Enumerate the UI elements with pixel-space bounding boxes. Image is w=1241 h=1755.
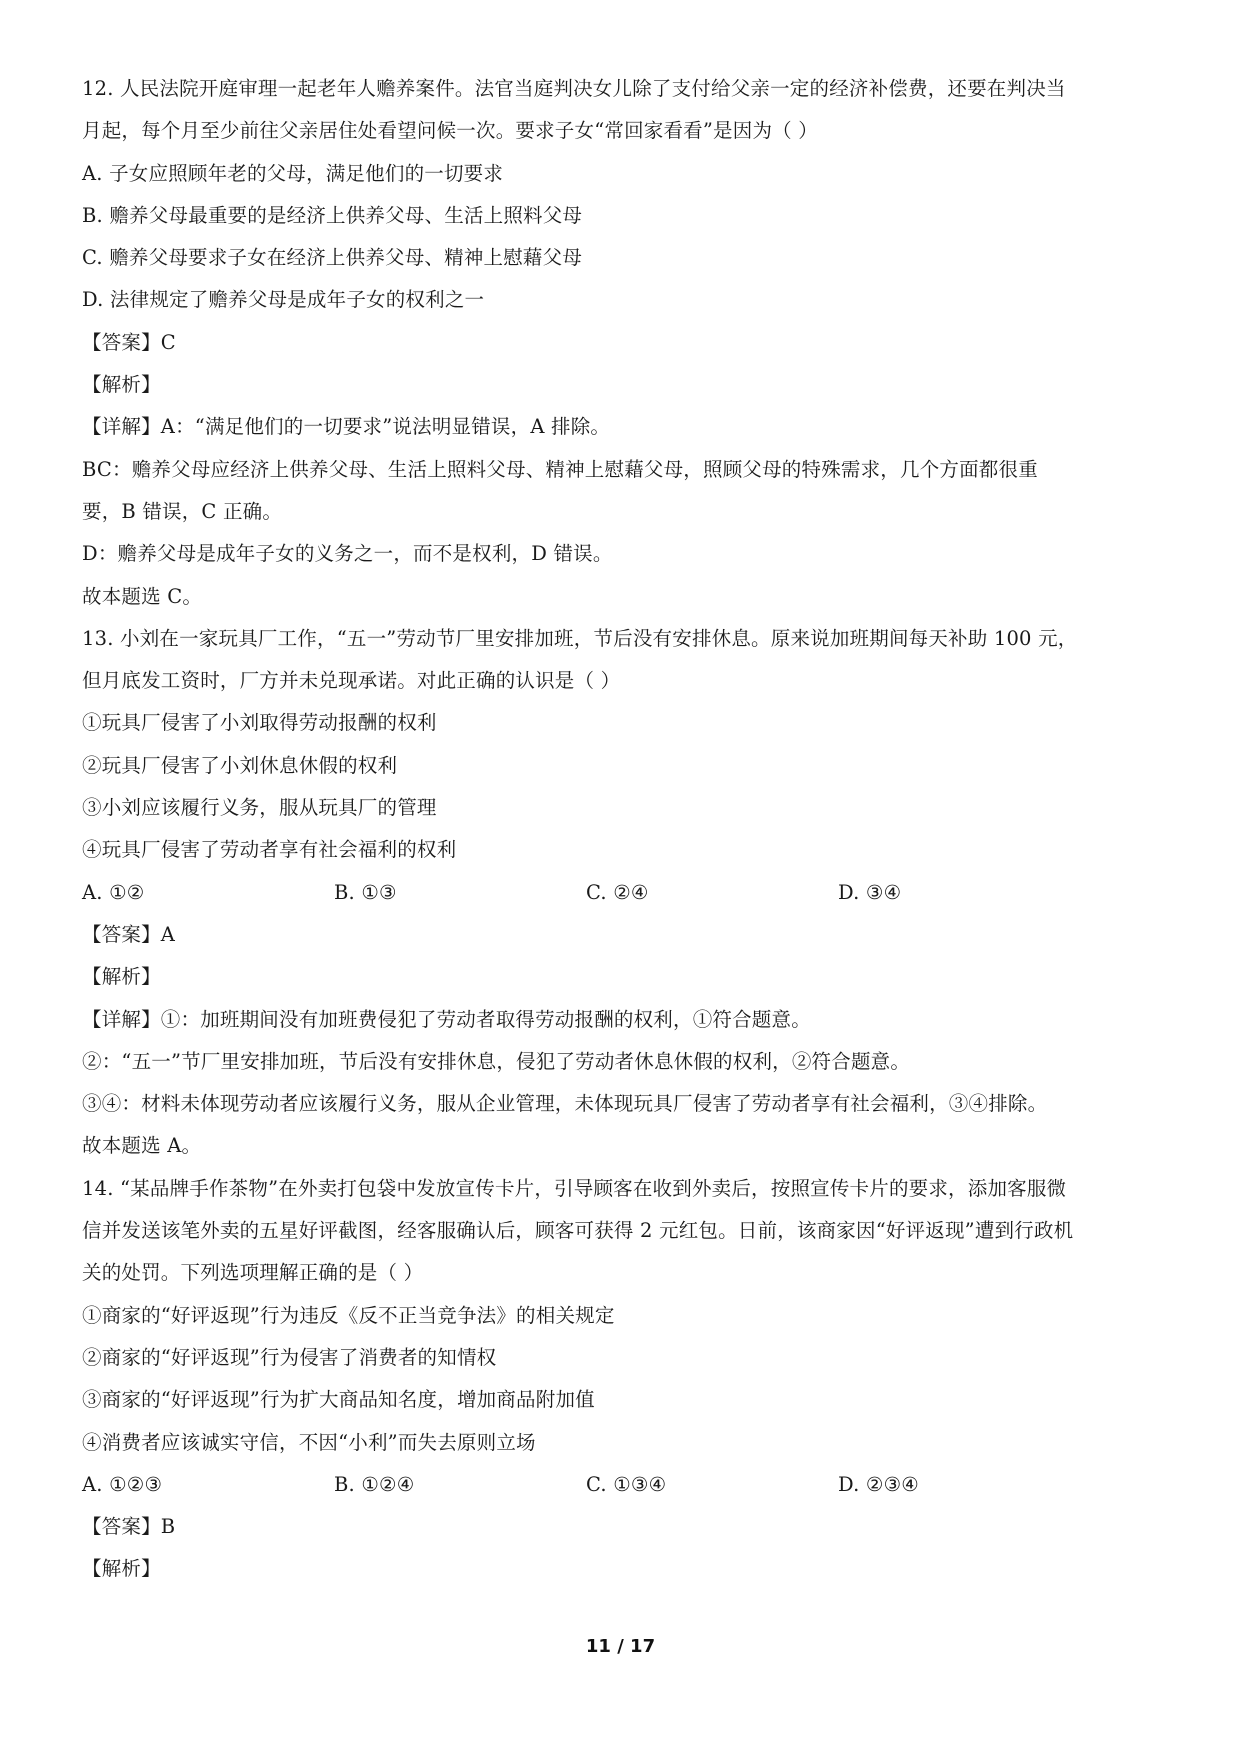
question-12: 12. 人民法院开庭审理一起老年人赡养案件。法官当庭判决女儿除了支付给父亲一定的… (82, 68, 1162, 618)
statement-2: ②商家的“好评返现”行为侵害了消费者的知情权 (82, 1337, 1162, 1379)
question-stem: 12. 人民法院开庭审理一起老年人赡养案件。法官当庭判决女儿除了支付给父亲一定的… (82, 68, 1162, 110)
answer-label: 【答案】A (82, 914, 1162, 956)
option-c: C. 赡养父母要求子女在经济上供养父母、精神上慰藉父母 (82, 237, 1162, 279)
option-b: B. 赡养父母最重要的是经济上供养父母、生活上照料父母 (82, 195, 1162, 237)
analysis-label: 【解析】 (82, 1548, 1162, 1590)
statement-1: ①玩具厂侵害了小刘取得劳动报酬的权利 (82, 702, 1162, 744)
detail-line: 【详解】①：加班期间没有加班费侵犯了劳动者取得劳动报酬的权利，①符合题意。 (82, 999, 1162, 1041)
choice-d: D. ②③④ (838, 1464, 1090, 1506)
choice-c: C. ②④ (586, 872, 838, 914)
question-stem: 但月底发工资时，厂方并未兑现承诺。对此正确的认识是（ ） (82, 660, 1162, 702)
question-stem: 信并发送该笔外卖的五星好评截图，经客服确认后，顾客可获得 2 元红包。日前，该商… (82, 1210, 1162, 1252)
statement-3: ③商家的“好评返现”行为扩大商品知名度，增加商品附加值 (82, 1379, 1162, 1421)
detail-line: BC：赡养父母应经济上供养父母、生活上照料父母、精神上慰藉父母，照顾父母的特殊需… (82, 449, 1162, 491)
choice-a: A. ①② (82, 872, 334, 914)
choice-row: A. ①② B. ①③ C. ②④ D. ③④ (82, 872, 1162, 914)
detail-conclusion: 故本题选 A。 (82, 1125, 1162, 1167)
analysis-label: 【解析】 (82, 364, 1162, 406)
page-number: 11 / 17 (0, 1636, 1241, 1657)
option-a: A. 子女应照顾年老的父母，满足他们的一切要求 (82, 153, 1162, 195)
statement-3: ③小刘应该履行义务，服从玩具厂的管理 (82, 787, 1162, 829)
question-13: 13. 小刘在一家玩具厂工作，“五一”劳动节厂里安排加班，节后没有安排休息。原来… (82, 618, 1162, 1168)
statement-4: ④玩具厂侵害了劳动者享有社会福利的权利 (82, 829, 1162, 871)
statement-4: ④消费者应该诚实守信，不因“小利”而失去原则立场 (82, 1422, 1162, 1464)
option-d: D. 法律规定了赡养父母是成年子女的权利之一 (82, 279, 1162, 321)
detail-line: ③④：材料未体现劳动者应该履行义务，服从企业管理，未体现玩具厂侵害了劳动者享有社… (82, 1083, 1162, 1125)
question-stem: 14. “某品牌手作茶物”在外卖打包袋中发放宣传卡片，引导顾客在收到外卖后，按照… (82, 1168, 1162, 1210)
question-stem: 关的处罚。下列选项理解正确的是（ ） (82, 1252, 1162, 1294)
choice-c: C. ①③④ (586, 1464, 838, 1506)
question-stem: 13. 小刘在一家玩具厂工作，“五一”劳动节厂里安排加班，节后没有安排休息。原来… (82, 618, 1162, 660)
document-page: 12. 人民法院开庭审理一起老年人赡养案件。法官当庭判决女儿除了支付给父亲一定的… (82, 68, 1162, 1591)
detail-line: D：赡养父母是成年子女的义务之一，而不是权利，D 错误。 (82, 533, 1162, 575)
detail-line: ②：“五一”节厂里安排加班，节后没有安排休息，侵犯了劳动者休息休假的权利，②符合… (82, 1041, 1162, 1083)
question-14: 14. “某品牌手作茶物”在外卖打包袋中发放宣传卡片，引导顾客在收到外卖后，按照… (82, 1168, 1162, 1591)
choice-b: B. ①②④ (334, 1464, 586, 1506)
detail-line: 【详解】A：“满足他们的一切要求”说法明显错误，A 排除。 (82, 406, 1162, 448)
detail-conclusion: 故本题选 C。 (82, 576, 1162, 618)
question-stem: 月起，每个月至少前往父亲居住处看望问候一次。要求子女“常回家看看”是因为（ ） (82, 110, 1162, 152)
statement-2: ②玩具厂侵害了小刘休息休假的权利 (82, 745, 1162, 787)
answer-label: 【答案】C (82, 322, 1162, 364)
choice-row: A. ①②③ B. ①②④ C. ①③④ D. ②③④ (82, 1464, 1162, 1506)
statement-1: ①商家的“好评返现”行为违反《反不正当竞争法》的相关规定 (82, 1295, 1162, 1337)
choice-a: A. ①②③ (82, 1464, 334, 1506)
answer-label: 【答案】B (82, 1506, 1162, 1548)
choice-d: D. ③④ (838, 872, 1090, 914)
choice-b: B. ①③ (334, 872, 586, 914)
analysis-label: 【解析】 (82, 956, 1162, 998)
detail-line: 要，B 错误，C 正确。 (82, 491, 1162, 533)
